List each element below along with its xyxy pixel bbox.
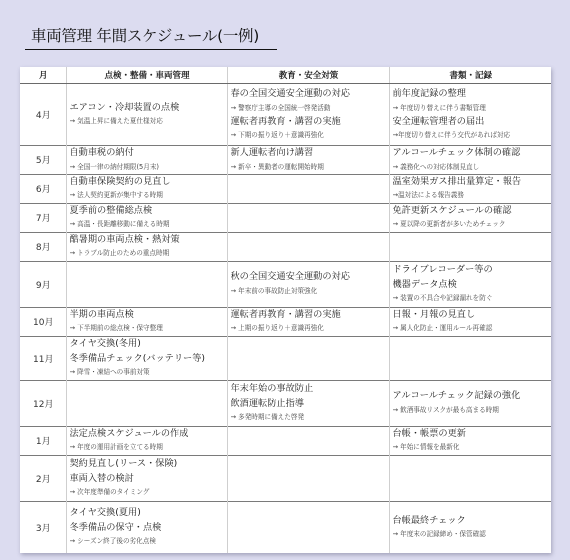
task-note: → 警察庁主導の全国統一啓発活動 [231,102,387,115]
education-cell: 秋の全国交通安全運動の対応→ 年末前の事故防止対策強化 [227,261,389,307]
maintenance-cell: エアコン・冷却装置の点検→ 気温上昇に備えた夏仕様対応 [66,84,227,146]
maintenance-cell: 夏季前の整備総点検→ 高温・長距離移動に備える時期 [66,203,227,232]
education-cell: 春の全国交通安全運動の対応→ 警察庁主導の全国統一啓発活動運転者再教育・講習の実… [227,84,389,146]
task-item: アルコールチェック体制の確認 [393,146,550,161]
task-item: 半期の車両点検 [70,308,225,323]
header-row: 月 点検・整備・車両管理 教育・安全対策 書類・記録 [20,67,551,84]
task-note: → 新卒・異動者の運転開始時期 [231,161,387,174]
month-cell: 9月 [20,261,66,307]
task-item: 新人運転者向け講習 [231,146,387,161]
records-cell: 台帳最終チェック→ 年度末の記録締め・保管確認 [389,501,551,553]
table-row: 10月半期の車両点検→ 下半期前の総点検・保守整理運転者再教育・講習の実施→ 上… [20,307,551,336]
records-cell: 日報・月報の見直し→ 属人化防止・運用ルール再確認 [389,307,551,336]
title-underline: 車両管理 年間スケジュール(一例) [25,24,277,50]
table-row: 4月エアコン・冷却装置の点検→ 気温上昇に備えた夏仕様対応春の全国交通安全運動の… [20,84,551,146]
education-cell [227,203,389,232]
task-note: → 次年度準備のタイミング [70,486,225,499]
task-note: → 下半期前の総点検・保守整理 [70,322,225,335]
month-cell: 8月 [20,232,66,261]
schedule-sheet: 月 点検・整備・車両管理 教育・安全対策 書類・記録 4月エアコン・冷却装置の点… [20,67,551,553]
records-cell: 台帳・帳票の更新→ 年始に情報を最新化 [389,426,551,455]
task-note: → 上期の振り返り＋意識再強化 [231,322,387,335]
table-row: 6月自動車保険契約の見直し→ 法人契約更新が集中する時期温室効果ガス排出量算定・… [20,174,551,203]
task-note: → 全国一律の納付期限(5月末) [70,161,225,174]
header-month: 月 [20,67,66,84]
table-row: 9月秋の全国交通安全運動の対応→ 年末前の事故防止対策強化ドライブレコーダー等の… [20,261,551,307]
records-cell [389,232,551,261]
table-row: 12月年末年始の事故防止飲酒運転防止指導→ 多発時期に備えた啓発アルコールチェッ… [20,380,551,426]
maintenance-cell: 法定点検スケジュールの作成→ 年度の運用計画を立てる時期 [66,426,227,455]
education-cell: 新人運転者向け講習→ 新卒・異動者の運転開始時期 [227,146,389,175]
task-item: 酷暑期の車両点検・熱対策 [70,233,225,248]
schedule-table: 月 点検・整備・車両管理 教育・安全対策 書類・記録 4月エアコン・冷却装置の点… [20,67,551,553]
task-note: → 装置の不具合や記録漏れを防ぐ [393,292,550,305]
month-cell: 5月 [20,146,66,175]
task-item: 前年度記録の整理 [393,87,550,102]
task-note: → 年始に情報を最新化 [393,441,550,454]
task-item: ドライブレコーダー等の [393,263,550,278]
header-maintenance: 点検・整備・車両管理 [66,67,227,84]
table-body: 4月エアコン・冷却装置の点検→ 気温上昇に備えた夏仕様対応春の全国交通安全運動の… [20,84,551,554]
task-item: 日報・月報の見直し [393,308,550,323]
records-cell [389,455,551,501]
task-item: 法定点検スケジュールの作成 [70,427,225,442]
task-item: タイヤ交換(冬用) [70,337,225,352]
education-cell [227,336,389,380]
task-note: → 年度末の記録締め・保管確認 [393,528,550,541]
task-item: エアコン・冷却装置の点検 [70,101,225,116]
education-cell: 運転者再教育・講習の実施→ 上期の振り返り＋意識再強化 [227,307,389,336]
task-item: 安全運転管理者の届出 [393,115,550,130]
education-cell [227,501,389,553]
task-item: アルコールチェック記録の強化 [393,389,550,404]
task-item: 自動車税の納付 [70,146,225,161]
task-item: 春の全国交通安全運動の対応 [231,87,387,102]
month-cell: 2月 [20,455,66,501]
task-note: → 年度の運用計画を立てる時期 [70,441,225,454]
task-note: → 法人契約更新が集中する時期 [70,189,225,202]
month-cell: 12月 [20,380,66,426]
task-note: →温対法による報告義務 [393,189,550,202]
task-item: 夏季前の整備総点検 [70,204,225,219]
task-note: → 気温上昇に備えた夏仕様対応 [70,115,225,128]
month-cell: 1月 [20,426,66,455]
records-cell [389,336,551,380]
task-note: → 降雪・凍結への事前対策 [70,366,225,379]
records-cell: 免許更新スケジュールの確認→ 夏以降の更新者が多いためチェック [389,203,551,232]
task-item: 自動車保険契約の見直し [70,175,225,190]
header-records: 書類・記録 [389,67,551,84]
task-item: 機器データ点検 [393,278,550,293]
table-row: 8月酷暑期の車両点検・熱対策→ トラブル防止のための重点時期 [20,232,551,261]
maintenance-cell: 自動車税の納付→ 全国一律の納付期限(5月末) [66,146,227,175]
month-cell: 4月 [20,84,66,146]
education-cell [227,174,389,203]
task-item: 秋の全国交通安全運動の対応 [231,270,387,285]
month-cell: 3月 [20,501,66,553]
task-item: 台帳・帳票の更新 [393,427,550,442]
task-item: 台帳最終チェック [393,514,550,529]
task-note: → 年末前の事故防止対策強化 [231,285,387,298]
task-note: → 下期の振り返り＋意識再強化 [231,129,387,142]
education-cell: 年末年始の事故防止飲酒運転防止指導→ 多発時期に備えた啓発 [227,380,389,426]
task-item: 免許更新スケジュールの確認 [393,204,550,219]
month-cell: 11月 [20,336,66,380]
task-note: → 飲酒事故リスクが最も高まる時期 [393,404,550,417]
records-cell: ドライブレコーダー等の機器データ点検→ 装置の不具合や記録漏れを防ぐ [389,261,551,307]
task-item: 冬季備品チェック(バッテリー等) [70,352,225,367]
table-row: 3月タイヤ交換(夏用)冬季備品の保守・点検→ シーズン終了後の劣化点検台帳最終チ… [20,501,551,553]
records-cell: アルコールチェック体制の確認→ 義務化への対応体制見直し [389,146,551,175]
records-cell: アルコールチェック記録の強化→ 飲酒事故リスクが最も高まる時期 [389,380,551,426]
maintenance-cell: 契約見直し(リース・保険)車両入替の検討→ 次年度準備のタイミング [66,455,227,501]
header-education: 教育・安全対策 [227,67,389,84]
task-note: → 属人化防止・運用ルール再確認 [393,322,550,335]
maintenance-cell: 半期の車両点検→ 下半期前の総点検・保守整理 [66,307,227,336]
page-title: 車両管理 年間スケジュール(一例) [31,24,277,46]
table-row: 2月契約見直し(リース・保険)車両入替の検討→ 次年度準備のタイミング [20,455,551,501]
task-item: 年末年始の事故防止 [231,382,387,397]
task-item: 運転者再教育・講習の実施 [231,308,387,323]
month-cell: 7月 [20,203,66,232]
table-row: 11月タイヤ交換(冬用)冬季備品チェック(バッテリー等)→ 降雪・凍結への事前対… [20,336,551,380]
task-item: 飲酒運転防止指導 [231,397,387,412]
table-row: 1月法定点検スケジュールの作成→ 年度の運用計画を立てる時期台帳・帳票の更新→ … [20,426,551,455]
maintenance-cell: 酷暑期の車両点検・熱対策→ トラブル防止のための重点時期 [66,232,227,261]
task-item: 温室効果ガス排出量算定・報告 [393,175,550,190]
task-note: → 夏以降の更新者が多いためチェック [393,218,550,231]
task-note: → 義務化への対応体制見直し [393,161,550,174]
task-item: 冬季備品の保守・点検 [70,521,225,536]
maintenance-cell [66,261,227,307]
task-note: → シーズン終了後の劣化点検 [70,535,225,548]
task-item: 契約見直し(リース・保険) [70,457,225,472]
education-cell [227,455,389,501]
task-note: → 年度切り替えに伴う書類管理 [393,102,550,115]
task-item: 車両入替の検討 [70,472,225,487]
table-row: 5月自動車税の納付→ 全国一律の納付期限(5月末)新人運転者向け講習→ 新卒・異… [20,146,551,175]
maintenance-cell: 自動車保険契約の見直し→ 法人契約更新が集中する時期 [66,174,227,203]
month-cell: 10月 [20,307,66,336]
month-cell: 6月 [20,174,66,203]
education-cell [227,232,389,261]
task-item: タイヤ交換(夏用) [70,506,225,521]
maintenance-cell [66,380,227,426]
task-note: → 多発時期に備えた啓発 [231,411,387,424]
education-cell [227,426,389,455]
task-item: 運転者再教育・講習の実施 [231,115,387,130]
records-cell: 温室効果ガス排出量算定・報告→温対法による報告義務 [389,174,551,203]
task-note: → トラブル防止のための重点時期 [70,247,225,260]
maintenance-cell: タイヤ交換(冬用)冬季備品チェック(バッテリー等)→ 降雪・凍結への事前対策 [66,336,227,380]
task-note: → 高温・長距離移動に備える時期 [70,218,225,231]
maintenance-cell: タイヤ交換(夏用)冬季備品の保守・点検→ シーズン終了後の劣化点検 [66,501,227,553]
task-note: →年度切り替えに伴う交代があれば対応 [393,129,550,142]
records-cell: 前年度記録の整理→ 年度切り替えに伴う書類管理安全運転管理者の届出→年度切り替え… [389,84,551,146]
table-row: 7月夏季前の整備総点検→ 高温・長距離移動に備える時期免許更新スケジュールの確認… [20,203,551,232]
